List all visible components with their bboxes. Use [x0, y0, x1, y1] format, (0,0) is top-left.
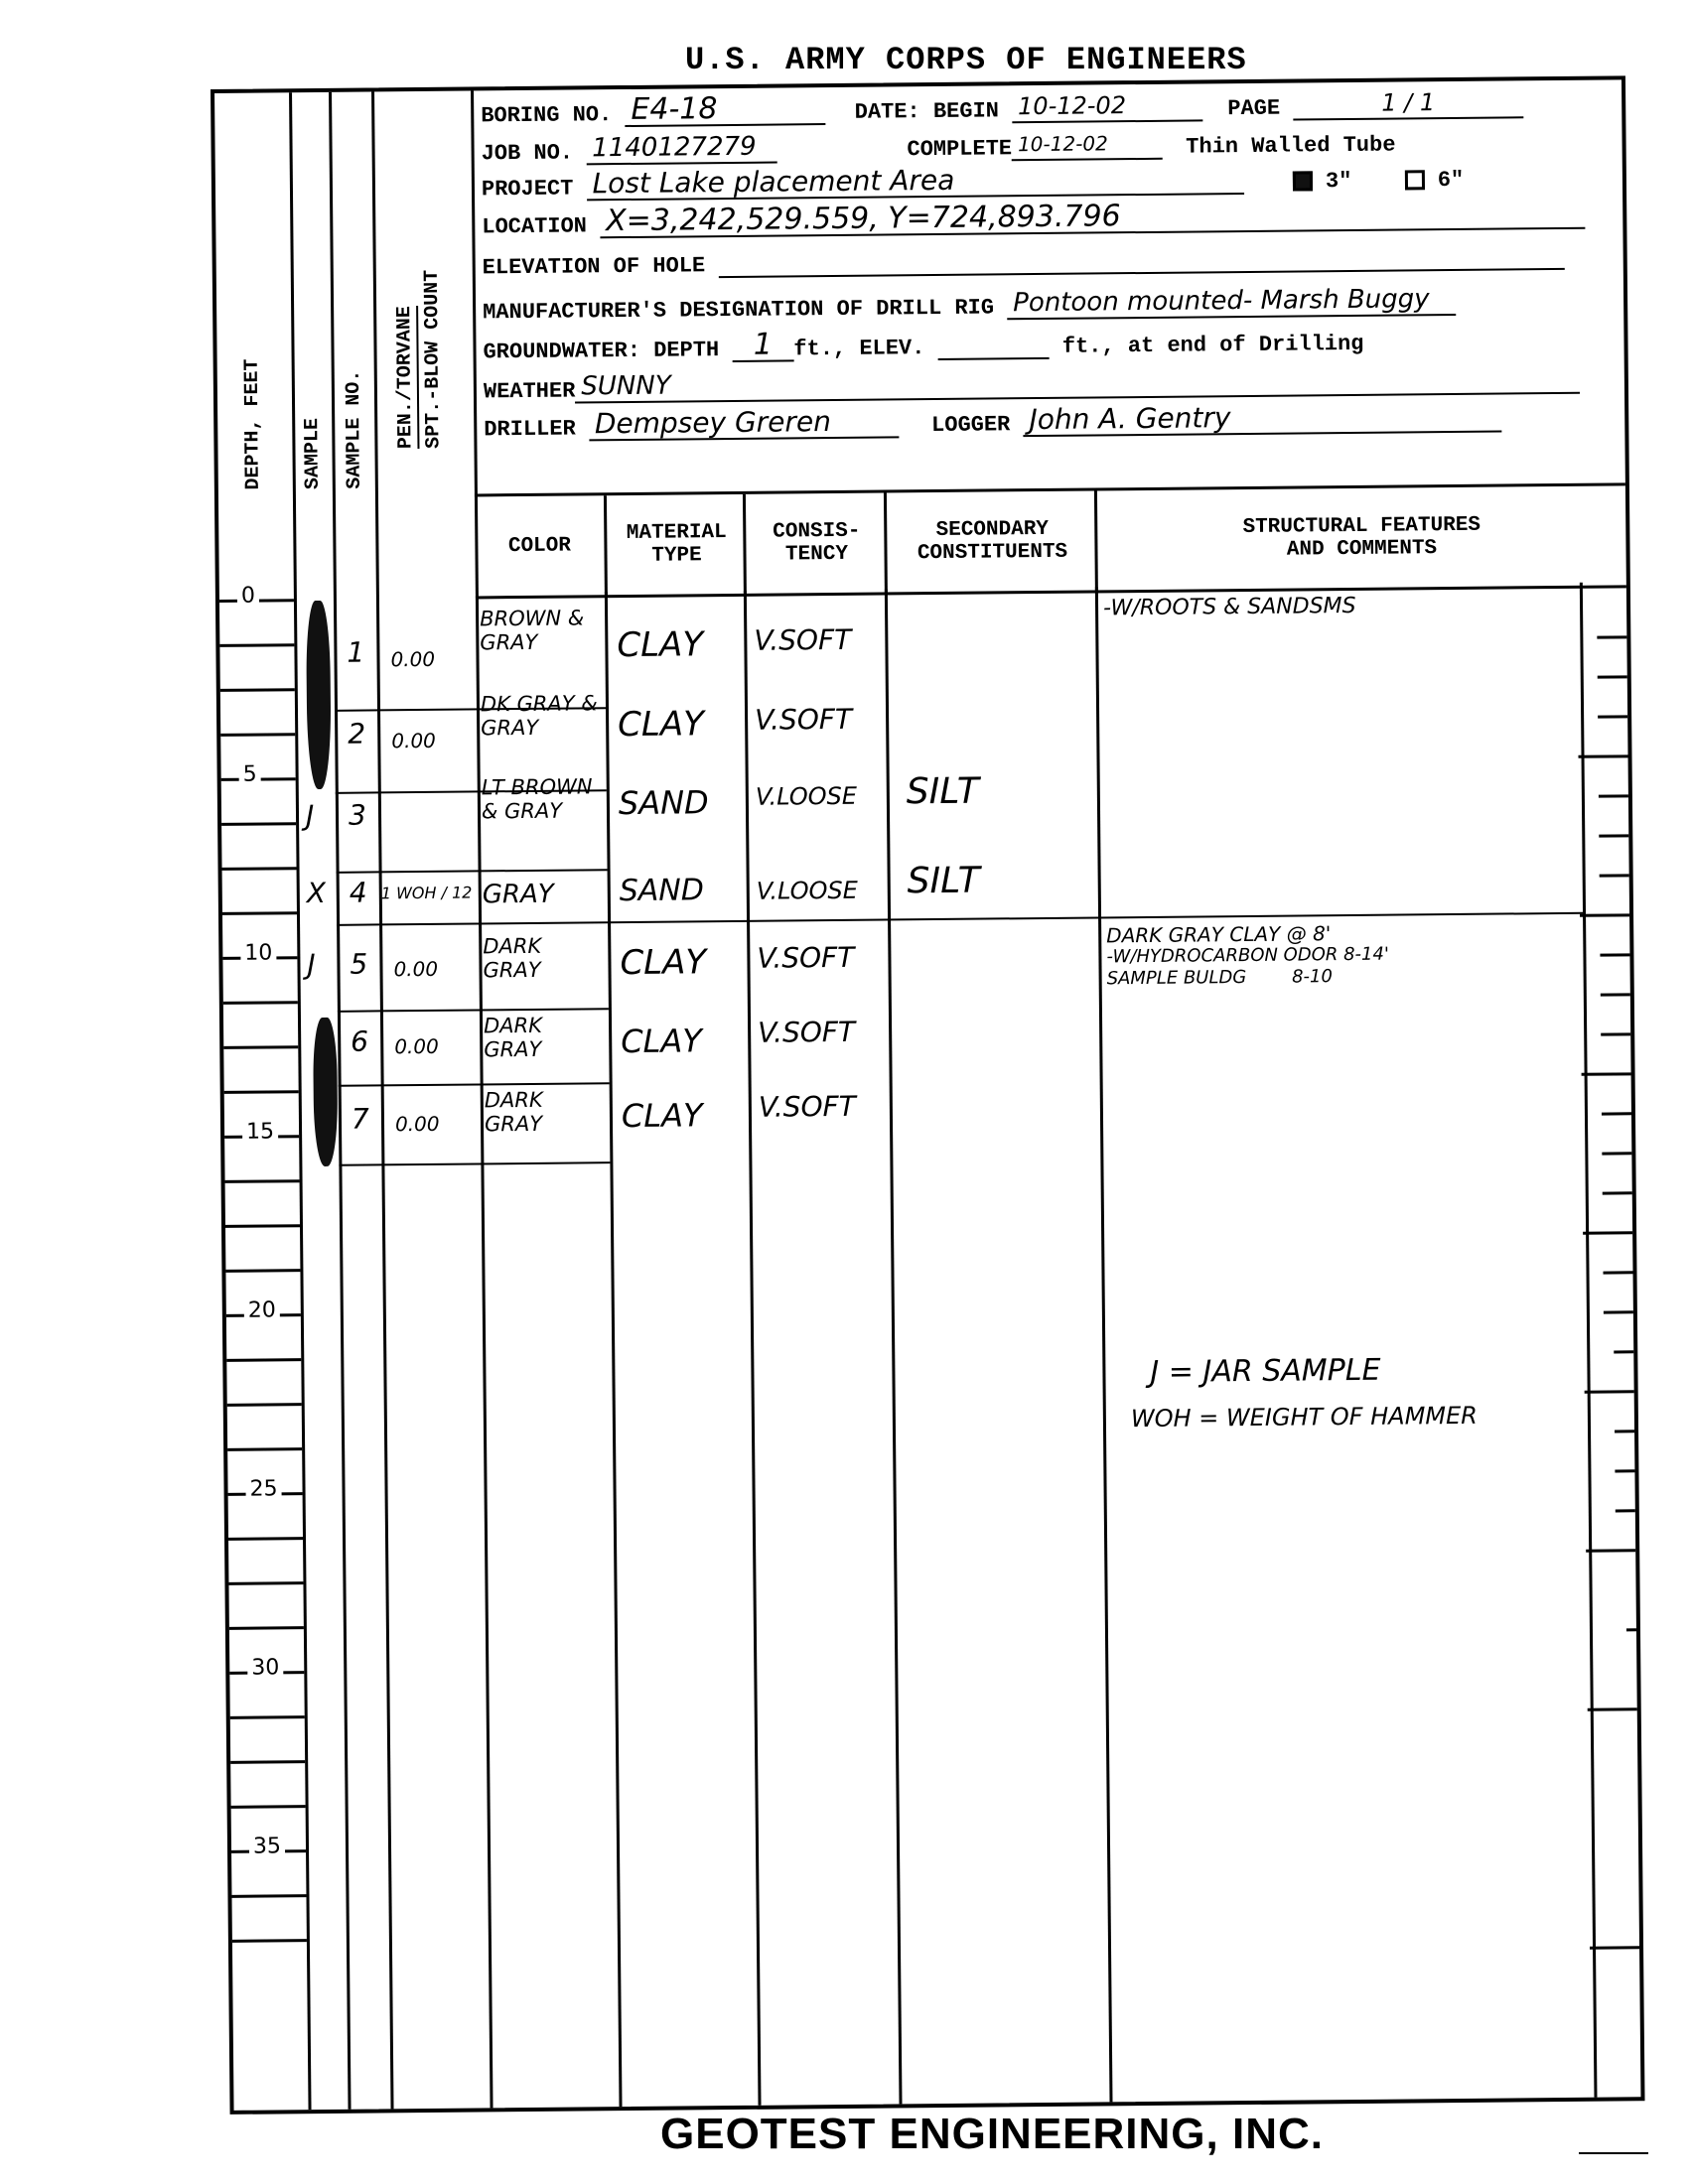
consistency-value: V.SOFT	[755, 703, 852, 737]
consistency-value: V.SOFT	[758, 1016, 855, 1049]
header-structural: STRUCTURAL FEATURESAND COMMENTS	[1094, 485, 1626, 590]
color-value: DK GRAY & GRAY	[481, 691, 600, 740]
pen-value: 0.00	[393, 957, 438, 981]
elevation-value	[718, 268, 1564, 278]
drill-rig-value: Pontoon mounted- Marsh Buggy	[1007, 284, 1456, 320]
depth-label-10: 10	[240, 940, 276, 965]
jar-sample-mark: J	[307, 948, 316, 981]
pen-value: 0.00	[394, 1034, 439, 1058]
depth-column-label: DEPTH, FEET	[241, 358, 265, 489]
tube-3in-option[interactable]: 3"	[1293, 169, 1352, 195]
pen-value: 0.00	[395, 1112, 440, 1136]
consistency-value: V.SOFT	[759, 1090, 856, 1124]
header-material: MATERIALTYPE	[604, 494, 747, 595]
color-value: GRAY	[483, 880, 554, 910]
tube-sample-icon	[313, 1018, 338, 1166]
comment-roots: -W/ROOTS & SANDSMS	[1103, 594, 1356, 620]
color-value: DARK GRAY	[485, 1087, 584, 1136]
divider-consistency	[885, 589, 903, 2104]
divider-sample-no	[371, 91, 394, 2109]
pen-torvane-label: PEN./TORVANE	[393, 306, 419, 449]
no-recovery-mark: X	[307, 877, 327, 909]
driller-value: Dempsey Greren	[589, 406, 899, 441]
groundwater-depth-value: 1	[732, 330, 793, 362]
sample-no: 4	[350, 877, 367, 909]
begin-date-value: 10-12-02	[1012, 89, 1202, 123]
consistency-value: V.LOOSE	[756, 782, 857, 811]
depth-label-15: 15	[242, 1119, 278, 1144]
drill-rig-row: MANUFACTURER'S DESIGNATION OF DRILL RIG …	[483, 284, 1456, 325]
footer-rule	[1579, 2152, 1648, 2154]
project-row: PROJECT Lost Lake placement Area 3" 6"	[482, 161, 1465, 202]
driller-row: DRILLER Dempsey Greren LOGGER John A. Ge…	[484, 401, 1502, 443]
tube-label: Thin Walled Tube	[1186, 133, 1395, 160]
checkbox-checked-icon[interactable]	[1293, 172, 1313, 192]
material-value: CLAY	[622, 1096, 703, 1135]
sample-no: 7	[352, 1103, 369, 1136]
legend-jar-sample: J = JAR SAMPLE	[1150, 1353, 1380, 1390]
material-value: SAND	[619, 783, 709, 822]
complete-date-value: 10-12-02	[1012, 128, 1163, 161]
location-row: LOCATION X=3,242,529.559, Y=724,893.796	[482, 198, 1585, 240]
sample-no: 3	[349, 799, 366, 832]
material-value: CLAY	[621, 1022, 702, 1060]
boring-no-value: E4-18	[625, 93, 825, 127]
depth-label-35: 35	[249, 1834, 285, 1858]
sample-no: 5	[350, 948, 367, 981]
depth-label-25: 25	[245, 1476, 281, 1501]
header-info: BORING NO. E4-18 DATE: BEGIN 10-12-02 PA…	[471, 79, 1625, 493]
spt-blow-count-label: SPT.-BLOW COUNT	[421, 270, 446, 449]
weather-row: WEATHERSUNNY	[484, 362, 1581, 405]
job-no-value: 1140127279	[586, 132, 776, 166]
comment-dark-gray-clay: DARK GRAY CLAY @ 8'	[1106, 921, 1331, 947]
divider-material	[744, 591, 762, 2106]
boring-row: BORING NO. E4-18 DATE: BEGIN 10-12-02 PA…	[481, 86, 1523, 128]
legend-weight-of-hammer: WOH = WEIGHT OF HAMMER	[1131, 1402, 1478, 1433]
groundwater-row: GROUNDWATER: DEPTH 1ft., ELEV. ft., at e…	[483, 325, 1363, 365]
consistency-value: V.SOFT	[757, 941, 854, 975]
divider-right-scale	[1580, 583, 1598, 2098]
logger-value: John A. Gentry	[1023, 401, 1501, 438]
pen-value: 1 WOH / 12	[381, 884, 473, 903]
material-value: CLAY	[617, 624, 703, 665]
depth-label-0: 0	[237, 584, 259, 609]
material-value: SAND	[620, 873, 704, 908]
page-value: 1 / 1	[1293, 86, 1523, 120]
secondary-value: SILT	[907, 861, 979, 902]
job-row: JOB NO. 1140127279 COMPLETE10-12-02 Thin…	[481, 126, 1395, 167]
location-value: X=3,242,529.559, Y=724,893.796	[600, 198, 1585, 239]
document-title: U.S. ARMY CORPS OF ENGINEERS	[685, 42, 1247, 78]
color-value: DARK GRAY	[484, 1013, 583, 1061]
color-value: DARK GRAY	[483, 933, 582, 982]
checkbox-empty-icon[interactable]	[1404, 170, 1424, 190]
pen-value: 0.00	[390, 647, 435, 671]
consistency-value: V.SOFT	[754, 623, 851, 657]
sample-no: 6	[351, 1025, 368, 1058]
header-color: COLOR	[475, 495, 605, 596]
color-value: LT BROWN & GRAY	[482, 774, 601, 823]
project-value: Lost Lake placement Area	[586, 163, 1243, 201]
material-value: CLAY	[618, 704, 704, 745]
elevation-row: ELEVATION OF HOLE	[483, 245, 1565, 280]
depth-label-30: 30	[247, 1655, 283, 1680]
tube-sample-icon	[306, 601, 332, 789]
weather-value: SUNNY	[575, 362, 1580, 404]
header-consistency: CONSIS-TENCY	[743, 492, 888, 593]
pen-value: 0.00	[391, 729, 436, 752]
footer-company: GEOTEST ENGINEERING, INC.	[660, 2110, 1324, 2159]
secondary-value: SILT	[907, 771, 979, 813]
sample-no-column-label: SAMPLE NO.	[343, 369, 366, 488]
material-value: CLAY	[620, 942, 706, 983]
depth-label-5: 5	[239, 762, 261, 787]
sample-no: 2	[348, 718, 365, 751]
groundwater-elev-value	[938, 357, 1050, 360]
column-headers: COLOR MATERIALTYPE CONSIS-TENCY SECONDAR…	[475, 482, 1626, 599]
sample-no: 1	[347, 636, 364, 669]
header-secondary: SECONDARYCONSTITUENTS	[884, 490, 1098, 592]
color-value: BROWN & GRAY	[480, 606, 599, 654]
comment-hydrocarbon: -W/HYDROCARBON ODOR 8-14'	[1106, 944, 1389, 968]
boring-log-sheet: DEPTH, FEET SAMPLE SAMPLE NO. PEN./TORVA…	[211, 75, 1645, 2115]
divider-secondary	[1095, 587, 1113, 2102]
comment-sample-bulding: SAMPLE BULDG 8-10	[1107, 966, 1333, 989]
depth-label-20: 20	[244, 1297, 280, 1322]
tube-6in-option[interactable]: 6"	[1404, 168, 1464, 194]
jar-sample-mark: J	[306, 799, 315, 832]
sample-column-label: SAMPLE	[301, 418, 325, 489]
consistency-value: V.LOOSE	[757, 877, 858, 905]
